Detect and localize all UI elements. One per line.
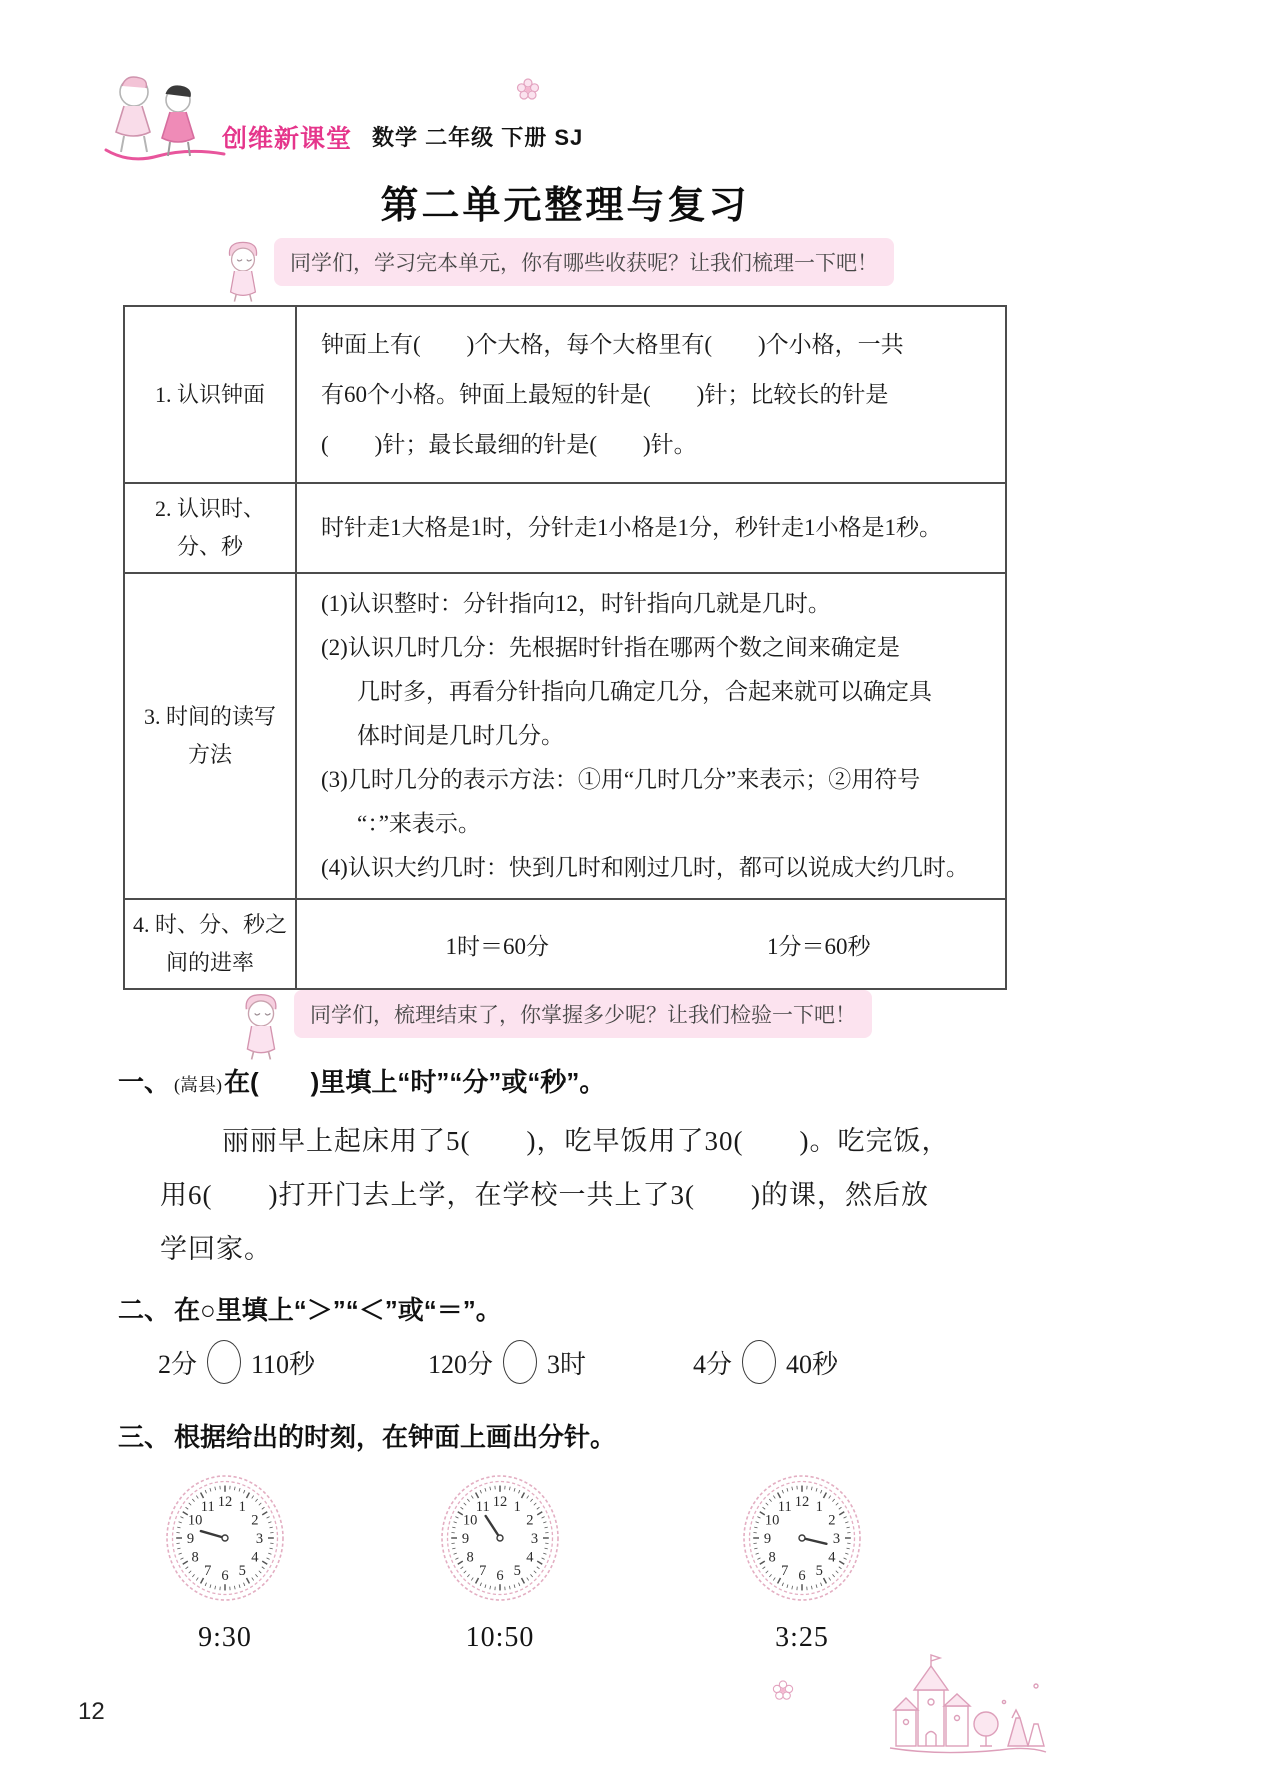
svg-text:3: 3 bbox=[833, 1531, 840, 1547]
check-bubble-row: 同学们，梳理结束了，你掌握多少呢？让我们检验一下吧！ bbox=[238, 990, 872, 1062]
svg-text:9: 9 bbox=[187, 1531, 194, 1547]
svg-text:9: 9 bbox=[764, 1531, 771, 1547]
comparison-right-value: 40秒 bbox=[786, 1344, 838, 1381]
svg-text:6: 6 bbox=[496, 1568, 503, 1584]
svg-text:9: 9 bbox=[462, 1531, 469, 1547]
answer-circle bbox=[207, 1340, 241, 1384]
clock-face-1: 123456789101112 9:30 bbox=[155, 1466, 295, 1654]
exercise1-text-line: 学回家。 bbox=[160, 1232, 272, 1266]
exercise2-number: 二、 bbox=[118, 1290, 170, 1327]
svg-text:4: 4 bbox=[526, 1550, 534, 1566]
svg-text:1: 1 bbox=[514, 1499, 521, 1515]
svg-text:6: 6 bbox=[221, 1568, 228, 1584]
clock-time-label: 3:25 bbox=[732, 1622, 872, 1654]
row-label: 1. 认识钟面 bbox=[125, 307, 297, 482]
intro-bubble-row: 同学们，学习完本单元，你有哪些收获呢？让我们梳理一下吧！ bbox=[222, 238, 894, 304]
svg-text:12: 12 bbox=[493, 1494, 508, 1510]
comparison-item: 2分 110秒 bbox=[158, 1340, 315, 1384]
row-label: 2. 认识时、 分、秒 bbox=[125, 484, 297, 572]
row-label: 3. 时间的读写 方法 bbox=[125, 574, 297, 898]
kids-illustration-icon bbox=[100, 66, 228, 168]
exercise1-title: 在( )里填上“时”“分”或“秒”。 bbox=[224, 1062, 605, 1099]
flower-doodle-icon bbox=[772, 1680, 794, 1702]
clock-dial-icon: 123456789101112 bbox=[430, 1466, 570, 1616]
exercise1-text-line: 丽丽早上起床用了5( )，吃早饭用了30( )。吃完饭， bbox=[160, 1124, 949, 1158]
exercise1-number: 一、 bbox=[118, 1062, 170, 1099]
svg-text:5: 5 bbox=[239, 1563, 246, 1579]
clock-time-label: 10:50 bbox=[430, 1622, 570, 1654]
clock-face-2: 123456789101112 10:50 bbox=[430, 1466, 570, 1654]
exercise3-header: 三、 根据给出的时刻，在钟面上画出分针。 bbox=[118, 1417, 616, 1454]
comparison-left-value: 4分 bbox=[693, 1344, 732, 1381]
row-content: 时针走1大格是1时，分针走1小格是1分，秒针走1小格是1秒。 bbox=[297, 484, 1005, 572]
clock-time-label: 9:30 bbox=[155, 1622, 295, 1654]
brand-logo-text: 创维新课堂 bbox=[222, 119, 352, 155]
svg-text:12: 12 bbox=[795, 1494, 810, 1510]
row-label: 4. 时、分、秒之 间的进率 bbox=[125, 900, 297, 988]
comparison-item: 4分 40秒 bbox=[693, 1340, 838, 1384]
row-content: 钟面上有( )个大格，每个大格里有( )个小格，一共 有60个小格。钟面上最短的… bbox=[297, 307, 1005, 482]
page-number: 12 bbox=[78, 1698, 105, 1726]
exercise1-source: (嵩县) bbox=[174, 1071, 222, 1097]
svg-text:3: 3 bbox=[531, 1531, 538, 1547]
svg-text:2: 2 bbox=[828, 1512, 835, 1528]
comparison-right-value: 3时 bbox=[547, 1344, 586, 1381]
svg-text:11: 11 bbox=[201, 1499, 215, 1515]
svg-text:11: 11 bbox=[778, 1499, 792, 1515]
exercise3-title: 根据给出的时刻，在钟面上画出分针。 bbox=[174, 1417, 616, 1454]
svg-text:11: 11 bbox=[476, 1499, 490, 1515]
intro-bubble-text: 同学们，学习完本单元，你有哪些收获呢？让我们梳理一下吧！ bbox=[274, 238, 894, 286]
comparison-right-value: 110秒 bbox=[251, 1344, 315, 1381]
answer-circle bbox=[503, 1340, 537, 1384]
svg-text:7: 7 bbox=[479, 1563, 486, 1579]
clock-dial-icon: 123456789101112 bbox=[732, 1466, 872, 1616]
book-subject-text: 数学 二年级 下册 SJ bbox=[372, 121, 583, 152]
svg-text:12: 12 bbox=[218, 1494, 233, 1510]
row-content: (1)认识整时：分针指向12，时针指向几就是几时。 (2)认识几时几分：先根据时… bbox=[297, 574, 1005, 898]
mascot-girl-icon bbox=[222, 238, 264, 304]
table-row-conversion-rate: 4. 时、分、秒之 间的进率 1时＝60分 1分＝60秒 bbox=[125, 898, 1005, 988]
clock-face-3: 123456789101112 3:25 bbox=[732, 1466, 872, 1654]
mascot-girl-icon bbox=[238, 990, 284, 1062]
table-row-clock-face: 1. 认识钟面 钟面上有( )个大格，每个大格里有( )个小格，一共 有60个小… bbox=[125, 307, 1005, 482]
workbook-page: 创维新课堂 数学 二年级 下册 SJ 第二单元整理与复习 同学们，学习完本单元，… bbox=[0, 0, 1287, 1789]
page-title: 第二单元整理与复习 bbox=[123, 174, 1007, 229]
exercise2-title: 在○里填上“＞”“＜”或“＝”。 bbox=[174, 1290, 502, 1327]
svg-text:8: 8 bbox=[768, 1550, 775, 1566]
review-table: 1. 认识钟面 钟面上有( )个大格，每个大格里有( )个小格，一共 有60个小… bbox=[123, 305, 1007, 990]
svg-text:4: 4 bbox=[251, 1550, 259, 1566]
svg-text:8: 8 bbox=[191, 1550, 198, 1566]
row-content: 1时＝60分 1分＝60秒 bbox=[297, 900, 1005, 988]
svg-text:1: 1 bbox=[239, 1499, 246, 1515]
exercise1-header: 一、 (嵩县) 在( )里填上“时”“分”或“秒”。 bbox=[118, 1062, 605, 1099]
svg-text:1: 1 bbox=[816, 1499, 823, 1515]
comparison-left-value: 2分 bbox=[158, 1344, 197, 1381]
exercise2-header: 二、 在○里填上“＞”“＜”或“＝”。 bbox=[118, 1290, 502, 1327]
svg-text:3: 3 bbox=[256, 1531, 263, 1547]
exercise1-text-line: 用6( )打开门去上学，在学校一共上了3( )的课，然后放 bbox=[160, 1178, 929, 1212]
svg-text:2: 2 bbox=[251, 1512, 258, 1528]
svg-text:5: 5 bbox=[514, 1563, 521, 1579]
svg-text:2: 2 bbox=[526, 1512, 533, 1528]
svg-text:6: 6 bbox=[798, 1568, 805, 1584]
clock-dial-icon: 123456789101112 bbox=[155, 1466, 295, 1616]
svg-text:7: 7 bbox=[204, 1563, 211, 1579]
comparison-left-value: 120分 bbox=[428, 1344, 493, 1381]
check-bubble-text: 同学们，梳理结束了，你掌握多少呢？让我们检验一下吧！ bbox=[294, 990, 872, 1038]
flower-doodle-icon bbox=[516, 78, 540, 102]
table-row-time-reading: 3. 时间的读写 方法 (1)认识整时：分针指向12，时针指向几就是几时。 (2… bbox=[125, 572, 1005, 898]
svg-text:5: 5 bbox=[816, 1563, 823, 1579]
table-row-hour-minute-second: 2. 认识时、 分、秒 时针走1大格是1时，分针走1小格是1分，秒针走1小格是1… bbox=[125, 482, 1005, 572]
svg-text:7: 7 bbox=[781, 1563, 788, 1579]
exercise3-number: 三、 bbox=[118, 1417, 170, 1454]
answer-circle bbox=[742, 1340, 776, 1384]
castle-doodle-icon bbox=[880, 1650, 1050, 1762]
svg-text:8: 8 bbox=[466, 1550, 473, 1566]
svg-text:4: 4 bbox=[828, 1550, 836, 1566]
comparison-item: 120分 3时 bbox=[428, 1340, 586, 1384]
